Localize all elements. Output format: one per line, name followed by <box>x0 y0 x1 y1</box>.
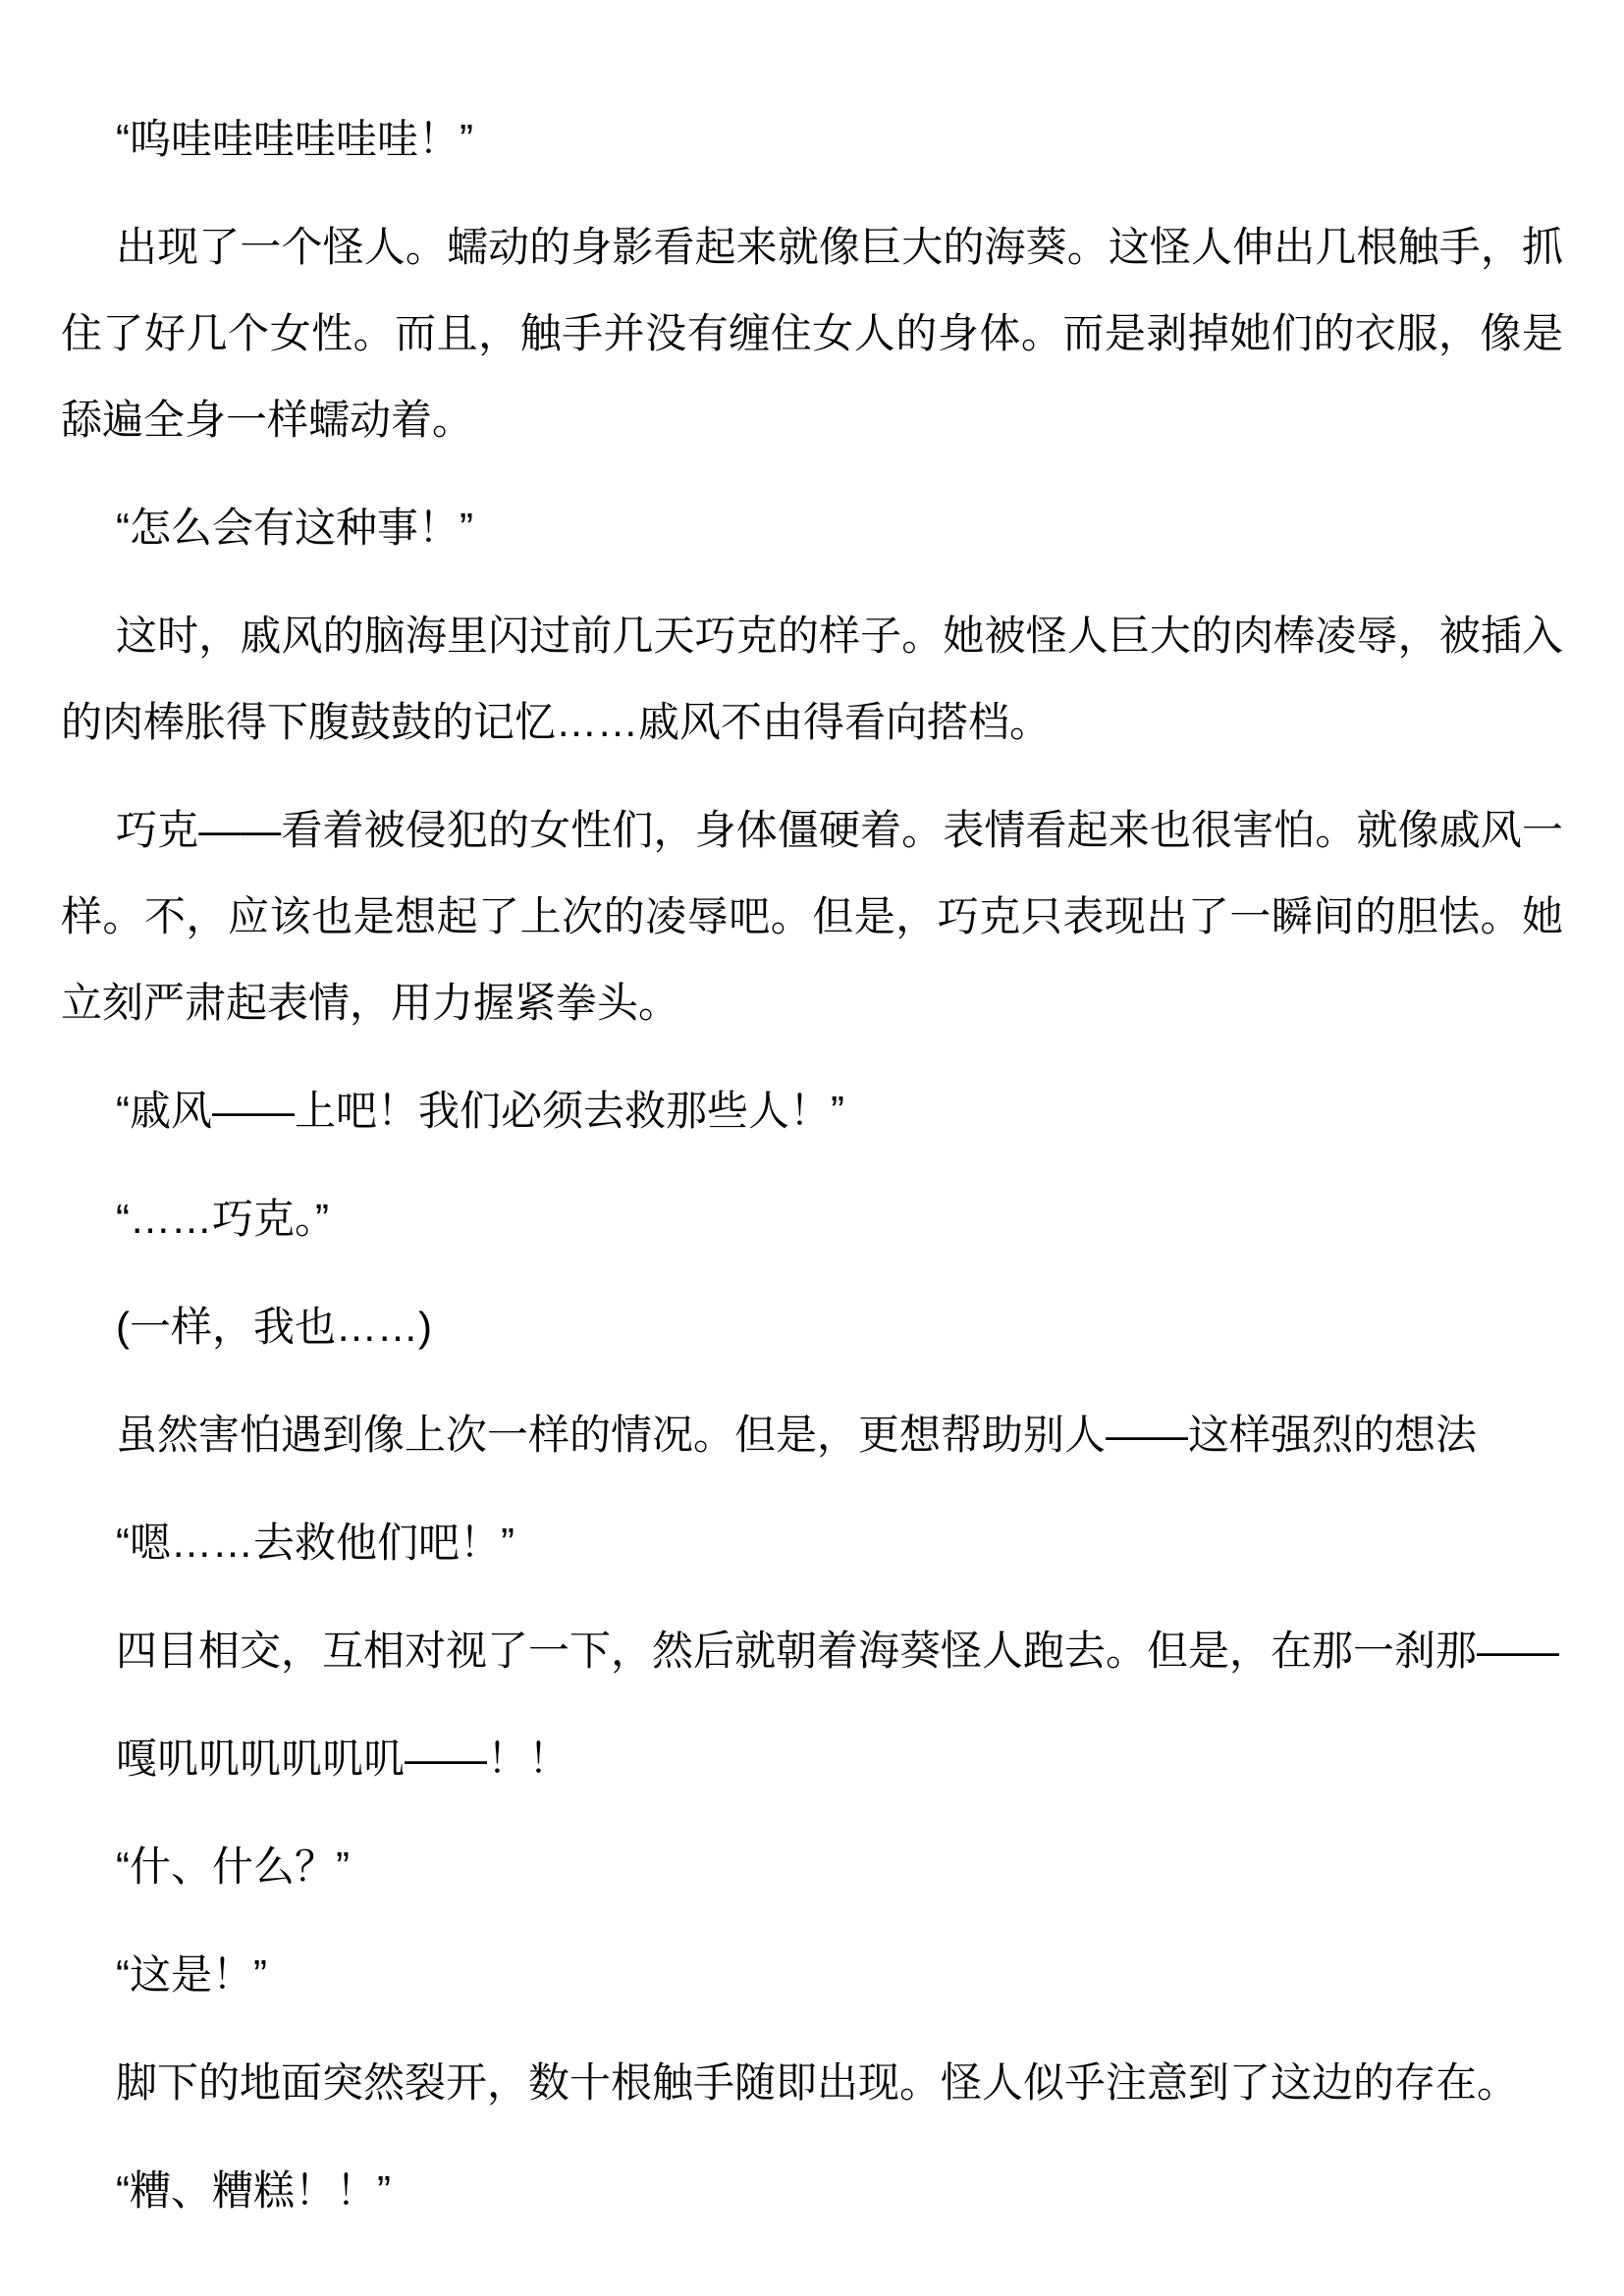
sound-effect-line: 嘎叽叽叽叽叽叽——！！ <box>61 1716 1563 1802</box>
dialogue-line: “什、什么？” <box>61 1824 1563 1910</box>
paragraph: 出现了一个怪人。蠕动的身影看起来就像巨大的海葵。这怪人伸出几根触手，抓住了好几个… <box>61 204 1563 463</box>
paragraph: 脚下的地面突然裂开，数十根触手随即出现。怪人似乎注意到了这边的存在。 <box>61 2040 1563 2126</box>
inner-thought-line: (一样，我也……) <box>61 1284 1563 1370</box>
paragraph: 四目相交，互相对视了一下，然后就朝着海葵怪人跑去。但是，在那一刹那—— <box>61 1608 1563 1694</box>
document-page: “呜哇哇哇哇哇哇！” 出现了一个怪人。蠕动的身影看起来就像巨大的海葵。这怪人伸出… <box>0 0 1624 2296</box>
dialogue-line: “呜哇哇哇哇哇哇！” <box>61 96 1563 183</box>
dialogue-line: “这是！” <box>61 1932 1563 2018</box>
paragraph: 巧克——看着被侵犯的女性们，身体僵硬着。表情看起来也很害怕。就像戚风一样。不，应… <box>61 787 1563 1046</box>
paragraph: 这时，戚风的脑海里闪过前几天巧克的样子。她被怪人巨大的肉棒凌辱，被插入的肉棒胀得… <box>61 593 1563 766</box>
dialogue-line: “戚风——上吧！我们必须去救那些人！” <box>61 1068 1563 1154</box>
dialogue-line: “糟、糟糕！！” <box>61 2148 1563 2234</box>
dialogue-line: “……巧克。” <box>61 1176 1563 1262</box>
paragraph: 虽然害怕遇到像上次一样的情况。但是，更想帮助别人——这样强烈的想法 <box>61 1392 1563 1478</box>
dialogue-line: “怎么会有这种事！” <box>61 485 1563 571</box>
dialogue-line: “嗯……去救他们吧！” <box>61 1500 1563 1586</box>
